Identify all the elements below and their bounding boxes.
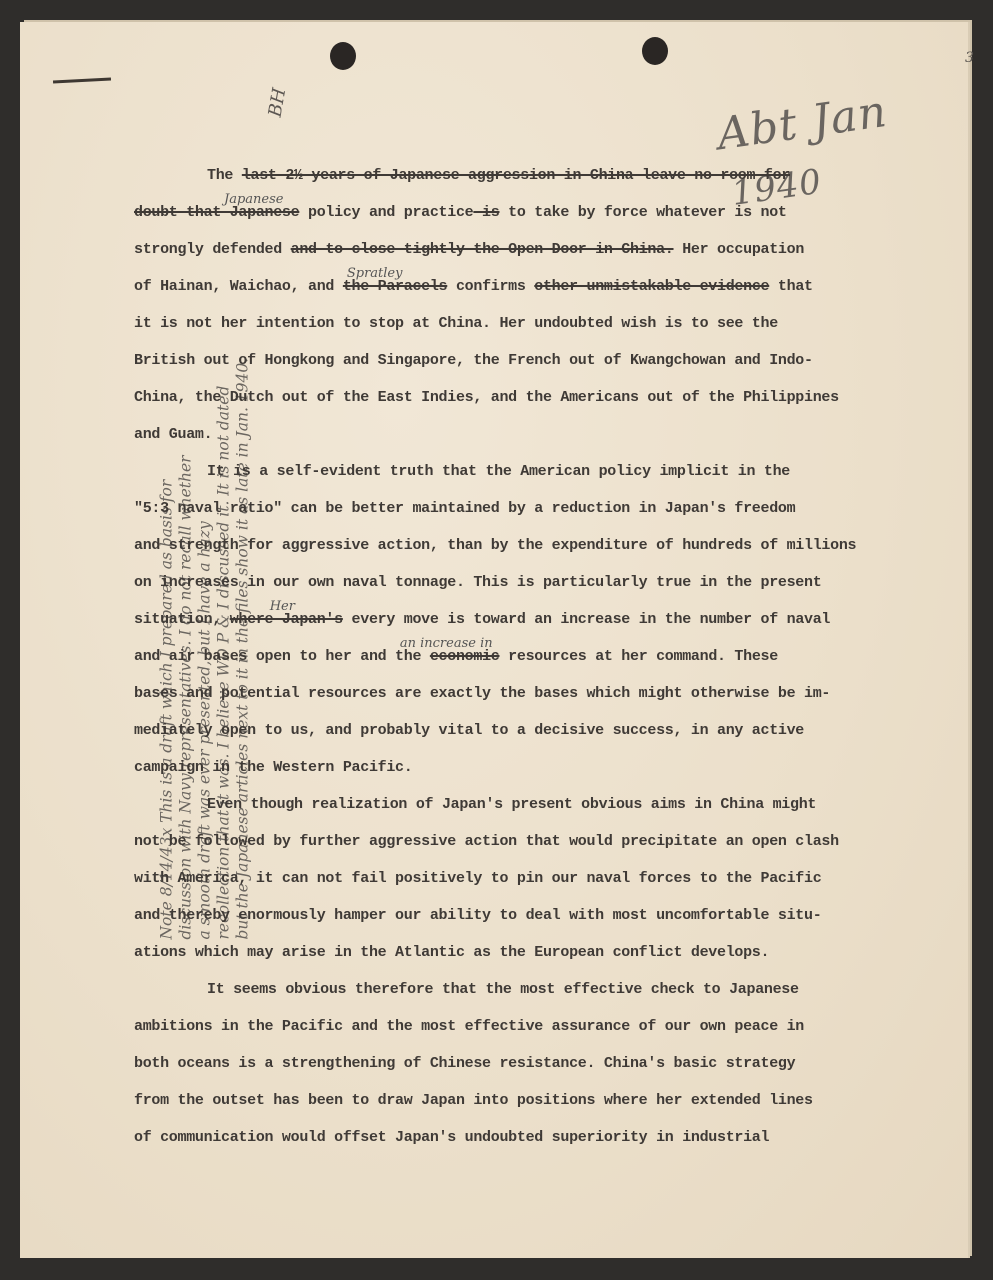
- text-line: and strength for aggressive action, than…: [134, 534, 894, 571]
- struck-text: last 2½ years of Japanese aggression in …: [242, 167, 790, 184]
- text-line: on increases in our own naval tonnage. T…: [134, 571, 894, 608]
- text-span: with America, it can not fail positively…: [134, 870, 821, 887]
- text-span: strongly defended: [134, 241, 291, 258]
- text-span: Even though realization of Japan's prese…: [207, 796, 816, 813]
- text-line: Even though realization of Japan's prese…: [134, 793, 894, 830]
- text-span: not be followed by further aggressive ac…: [134, 833, 839, 850]
- text-line: from the outset has been to draw Japan i…: [134, 1089, 894, 1126]
- text-line: it is not her intention to stop at China…: [134, 312, 894, 349]
- handwritten-insertion: Japanese: [224, 188, 283, 212]
- margin-dash-mark: [53, 77, 111, 83]
- text-line: and air bases open to her and the econom…: [134, 645, 894, 682]
- text-span: and air bases open to her and the: [134, 648, 430, 665]
- handwritten-insertion: Spratley: [347, 262, 403, 286]
- text-line: situation, where Japan'sHer every move i…: [134, 608, 894, 645]
- handwritten-insertion: an increase in: [400, 632, 493, 656]
- text-line: It is a self-evident truth that the Amer…: [134, 460, 894, 497]
- struck-text: other unmistakable evidence: [534, 278, 769, 295]
- text-line: China, the Dutch out of the East Indies,…: [134, 386, 894, 423]
- text-span: and Guam.: [134, 426, 212, 443]
- text-span: both oceans is a strengthening of Chines…: [134, 1055, 795, 1072]
- handwritten-initials: BH: [265, 86, 291, 118]
- text-span: it is not her intention to stop at China…: [134, 315, 778, 332]
- text-span: of communication would offset Japan's un…: [134, 1129, 769, 1146]
- text-line: and thereby enormously hamper our abilit…: [134, 904, 894, 941]
- text-span: resources at her command. These: [499, 648, 777, 665]
- text-line: of communication would offset Japan's un…: [134, 1126, 894, 1163]
- text-span: "5:3 naval ratio" can be better maintain…: [134, 500, 795, 517]
- typewritten-body: The last 2½ years of Japanese aggression…: [134, 164, 894, 1163]
- text-span: ations which may arise in the Atlantic a…: [134, 944, 769, 961]
- text-line: mediately open to us, and probably vital…: [134, 719, 894, 756]
- text-span: Her occupation: [674, 241, 805, 258]
- text-span: campaign in the Western Pacific.: [134, 759, 412, 776]
- text-line: ations which may arise in the Atlantic a…: [134, 941, 894, 978]
- struck-text: where Japan'sHer: [230, 611, 343, 628]
- text-span: ambitions in the Pacific and the most ef…: [134, 1018, 804, 1035]
- text-span: policy and practice: [299, 204, 473, 221]
- text-span: mediately open to us, and probably vital…: [134, 722, 804, 739]
- punch-hole-right: [642, 37, 668, 65]
- text-line: British out of Hongkong and Singapore, t…: [134, 349, 894, 386]
- text-span: British out of Hongkong and Singapore, t…: [134, 352, 813, 369]
- text-span: It seems obvious therefore that the most…: [207, 981, 799, 998]
- text-span: confirms: [447, 278, 534, 295]
- text-line: strongly defended and to close tightly t…: [134, 238, 894, 275]
- text-span: every move is toward an increase in the …: [343, 611, 830, 628]
- text-span: on increases in our own naval tonnage. T…: [134, 574, 821, 591]
- text-line: with America, it can not fail positively…: [134, 867, 894, 904]
- text-line: ambitions in the Pacific and the most ef…: [134, 1015, 894, 1052]
- handwritten-insertion: Her: [270, 595, 295, 619]
- text-span: situation,: [134, 611, 230, 628]
- struck-text: economican increase in: [430, 648, 500, 665]
- text-line: of Hainan, Waichao, and the ParacelsSpra…: [134, 275, 894, 312]
- text-line: both oceans is a strengthening of Chines…: [134, 1052, 894, 1089]
- text-line: doubt that JapaneseJapanese policy and p…: [134, 201, 894, 238]
- text-line: not be followed by further aggressive ac…: [134, 830, 894, 867]
- text-span: It is a self-evident truth that the Amer…: [207, 463, 790, 480]
- text-span: and thereby enormously hamper our abilit…: [134, 907, 821, 924]
- text-line: "5:3 naval ratio" can be better maintain…: [134, 497, 894, 534]
- date-annotation-text: Abt Jan: [714, 86, 890, 160]
- text-span: and strength for aggressive action, than…: [134, 537, 856, 554]
- text-span: to take by force whatever is not: [499, 204, 786, 221]
- punch-hole-left: [330, 42, 356, 70]
- text-span: China, the Dutch out of the East Indies,…: [134, 389, 839, 406]
- text-line: campaign in the Western Pacific.: [134, 756, 894, 793]
- text-line: It seems obvious therefore that the most…: [134, 978, 894, 1015]
- text-span: from the outset has been to draw Japan i…: [134, 1092, 813, 1109]
- struck-text: is: [473, 204, 499, 221]
- struck-text: the ParacelsSpratley: [343, 278, 447, 295]
- text-span: of Hainan, Waichao, and: [134, 278, 343, 295]
- page-number: 3: [965, 50, 974, 66]
- struck-text: doubt that JapaneseJapanese: [134, 204, 299, 221]
- text-span: The: [207, 167, 242, 184]
- text-line: and Guam.: [134, 423, 894, 460]
- struck-text: and to close tightly the Open Door in Ch…: [291, 241, 674, 258]
- text-span: that: [769, 278, 813, 295]
- text-span: bases and potential resources are exactl…: [134, 685, 830, 702]
- text-line: bases and potential resources are exactl…: [134, 682, 894, 719]
